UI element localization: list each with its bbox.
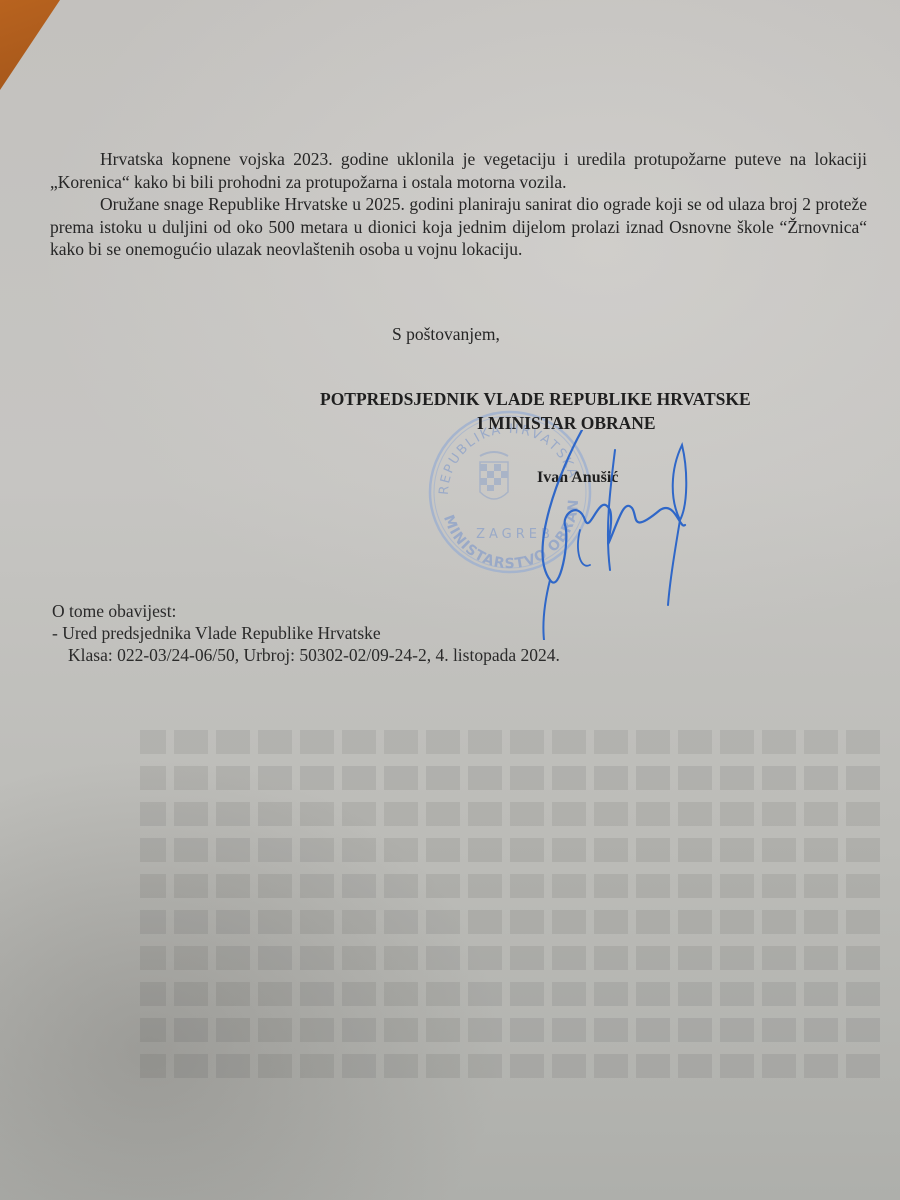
notice-recipient: - Ured predsjednika Vlade Republike Hrva…	[52, 622, 560, 644]
letter-body: Hrvatska kopnene vojska 2023. godine ukl…	[50, 148, 867, 261]
coat-of-arms-icon	[480, 452, 508, 499]
notice-block: O tome obavijest: - Ured predsjednika Vl…	[52, 600, 560, 666]
closing-salutation: S poštovanjem,	[392, 323, 500, 346]
notice-heading: O tome obavijest:	[52, 600, 560, 622]
notice-reference: Klasa: 022-03/24-06/50, Urbroj: 50302-02…	[52, 644, 560, 666]
paragraph-fence: Oružane snage Republike Hrvatske u 2025.…	[50, 193, 867, 261]
paragraph-vegetation: Hrvatska kopnene vojska 2023. godine ukl…	[50, 148, 867, 193]
bleed-through-text	[140, 730, 880, 1090]
signatory-title-line1: POTPREDSJEDNIK VLADE REPUBLIKE HRVATSKE	[320, 388, 751, 411]
